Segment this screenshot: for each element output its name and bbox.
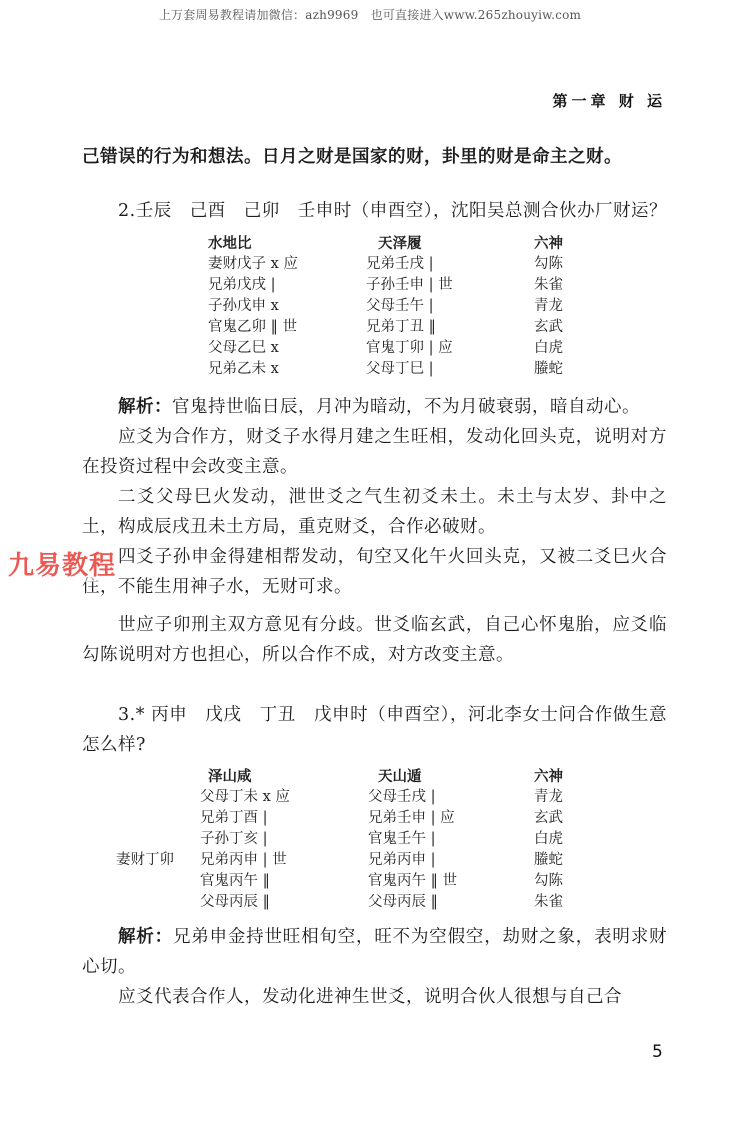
case2-six-spirits: 六神 勾陈 朱雀 青龙 玄武 白虎 螣蛇 — [534, 233, 563, 380]
case3-hexagram-table: 妻财丁卯 泽山咸 父母丁未 x 应 兄弟丁酉 | 子孙丁亥 | 兄弟丙申 | 世… — [116, 766, 616, 916]
line: 兄弟丙申 | — [368, 850, 457, 871]
case2-analysis-2: 应爻为合作方，财爻子水得月建之生旺相，发动化回头克，说明对方在投资过程中会改变主… — [82, 422, 667, 482]
line: 父母丁巳 | — [366, 359, 453, 380]
line: 兄弟丁酉 | — [200, 808, 290, 829]
case2-changed-hexagram: 天泽履 兄弟壬戌 | 子孙壬申 | 世 父母壬午 | 兄弟丁丑 ‖ 官鬼丁卯 |… — [366, 233, 453, 380]
spirit: 玄武 — [534, 317, 563, 338]
line: 父母丙辰 ‖ — [200, 892, 290, 913]
case2-analysis-4: 四爻子孙申金得建相帮发动，旬空又化午火回头克，又被二爻巳火合住，不能生用神子水，… — [82, 542, 667, 602]
line: 兄弟戊戌 | — [208, 275, 298, 296]
case3-question: 3.* 丙申 戊戌 丁丑 戊申时（申酉空），河北李女士问合作做生意怎么样? — [82, 700, 667, 760]
line: 官鬼乙卯 ‖ 世 — [208, 317, 298, 338]
case2-analysis-5: 世应子卯刑主双方意见有分歧。世爻临玄武，自己心怀鬼胎，应爻临勾陈说明对方也担心，… — [82, 610, 667, 670]
line: 父母壬戌 | — [368, 787, 457, 808]
changed-hexagram-title: 天泽履 — [366, 233, 453, 254]
line: 妻财戊子 x 应 — [208, 254, 298, 275]
line: 官鬼丙午 ‖ 世 — [368, 871, 457, 892]
line: 父母丁未 x 应 — [200, 787, 290, 808]
line: 子孙壬申 | 世 — [366, 275, 453, 296]
spirit: 白虎 — [534, 338, 563, 359]
line: 官鬼丙午 ‖ — [200, 871, 290, 892]
line: 官鬼壬午 | — [368, 829, 457, 850]
page-number: 5 — [652, 1042, 663, 1062]
line: 兄弟丙申 | 世 — [200, 850, 290, 871]
spirit: 青龙 — [534, 296, 563, 317]
analysis-label: 解析： — [118, 927, 173, 947]
spirit: 螣蛇 — [534, 359, 563, 380]
main-hexagram-title: 水地比 — [208, 233, 298, 254]
line: 子孙丁亥 | — [200, 829, 290, 850]
main-hexagram-title: 泽山咸 — [200, 766, 290, 787]
red-watermark-logo: 九易教程 — [8, 545, 116, 582]
line: 官鬼丁卯 | 应 — [366, 338, 453, 359]
spirit: 勾陈 — [534, 254, 563, 275]
spirit: 朱雀 — [534, 275, 563, 296]
line: 父母壬午 | — [366, 296, 453, 317]
line: 兄弟壬申 | 应 — [368, 808, 457, 829]
intro-line: 己错误的行为和想法。日月之财是国家的财，卦里的财是命主之财。 — [82, 142, 667, 172]
line: 兄弟壬戌 | — [366, 254, 453, 275]
six-spirits-title: 六神 — [534, 766, 563, 787]
line: 父母乙巳 x — [208, 338, 298, 359]
spirit: 玄武 — [534, 808, 563, 829]
top-watermark: 上万套周易教程请加微信：azh9969 也可直接进入www.265zhouyiw… — [0, 6, 740, 23]
line: 兄弟丁丑 ‖ — [366, 317, 453, 338]
case2-question: 2.壬辰 己酉 己卯 壬申时（申酉空），沈阳吴总测合伙办厂财运？ — [82, 196, 667, 226]
changed-hexagram-title: 天山遁 — [368, 766, 457, 787]
case2-analysis-1: 解析：官鬼持世临日辰，月冲为暗动，不为月破衰弱，暗自动心。 — [82, 392, 667, 422]
case2-analysis-3: 二爻父母巳火发动，泄世爻之气生初爻未土。未土与太岁、卦中之土，构成辰戌丑未土方局… — [82, 482, 667, 542]
line: 兄弟乙未 x — [208, 359, 298, 380]
case3-analysis-1: 解析：兄弟申金持世旺相旬空，旺不为空假空，劫财之象，表明求财心切。 — [82, 922, 667, 982]
spirit: 朱雀 — [534, 892, 563, 913]
spirit: 勾陈 — [534, 871, 563, 892]
analysis-label: 解析： — [118, 397, 172, 417]
case3-changed-hexagram: 天山遁 父母壬戌 | 兄弟壬申 | 应 官鬼壬午 | 兄弟丙申 | 官鬼丙午 ‖… — [368, 766, 457, 913]
spirit: 螣蛇 — [534, 850, 563, 871]
case3-analysis-2: 应爻代表合作人，发动化进神生世爻，说明合伙人很想与自己合 — [82, 982, 667, 1012]
line: 父母丙辰 ‖ — [368, 892, 457, 913]
case3-main-hexagram: 泽山咸 父母丁未 x 应 兄弟丁酉 | 子孙丁亥 | 兄弟丙申 | 世 官鬼丙午… — [200, 766, 290, 913]
running-head: 第一章 财 运 — [553, 90, 666, 111]
case2-main-hexagram: 水地比 妻财戊子 x 应 兄弟戊戌 | 子孙戊申 x 官鬼乙卯 ‖ 世 父母乙巳… — [208, 233, 298, 380]
case2-hexagram-table: 水地比 妻财戊子 x 应 兄弟戊戌 | 子孙戊申 x 官鬼乙卯 ‖ 世 父母乙巳… — [200, 233, 620, 383]
hidden-line-label: 妻财丁卯 — [116, 850, 174, 871]
line: 子孙戊申 x — [208, 296, 298, 317]
spirit: 青龙 — [534, 787, 563, 808]
case3-six-spirits: 六神 青龙 玄武 白虎 螣蛇 勾陈 朱雀 — [534, 766, 563, 913]
six-spirits-title: 六神 — [534, 233, 563, 254]
spirit: 白虎 — [534, 829, 563, 850]
